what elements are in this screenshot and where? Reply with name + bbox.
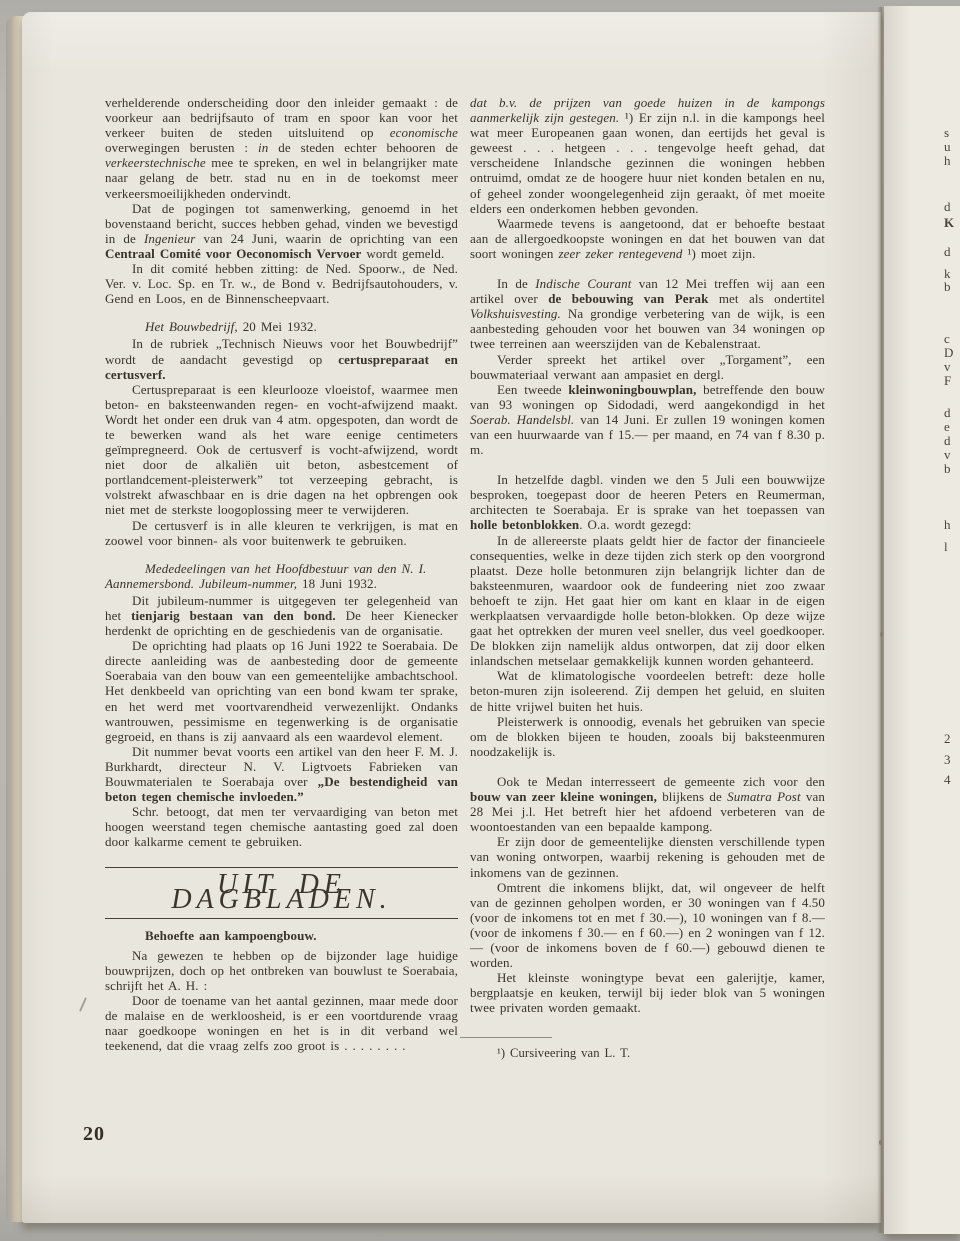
- paragraph: Wat de klimatologische voordeelen betref…: [470, 668, 825, 713]
- section-title: UIT DE DAGBLADEN.: [105, 868, 458, 918]
- cutoff-letter: D: [944, 346, 953, 359]
- cutoff-letter: v: [944, 360, 951, 373]
- pencil-mark: [79, 997, 87, 1012]
- cutoff-letter: e: [944, 420, 950, 433]
- source-heading: Het Bouwbedrijf, 20 Mei 1932.: [105, 319, 458, 334]
- cutoff-letter: 2: [944, 732, 951, 745]
- next-page-sliver: suhdKdkbcDvFdedvbhl234: [884, 6, 960, 1234]
- cutoff-letter: F: [944, 374, 951, 387]
- cutoff-letter: b: [944, 280, 951, 293]
- paragraph: De oprichting had plaats op 16 Juni 1922…: [105, 638, 458, 744]
- section-rule-bottom: [105, 918, 458, 919]
- paragraph: Verder spreekt het artikel over „Torgame…: [470, 352, 825, 382]
- paper-speck: [879, 1140, 882, 1145]
- footnote: ¹) Cursiveering van L. T.: [470, 1037, 825, 1061]
- paragraph: Een tweede kleinwoningbouwplan, betreffe…: [470, 382, 825, 457]
- paragraph: Er zijn door de gemeentelijke diensten v…: [470, 834, 825, 879]
- footnote-text: ¹) Cursiveering van L. T.: [470, 1046, 825, 1061]
- page-number: 20: [83, 1123, 105, 1146]
- paragraph: In de rubriek „Technisch Nieuws voor het…: [105, 336, 458, 381]
- right-column: dat b.v. de prijzen van goede huizen in …: [470, 95, 825, 1062]
- scanned-journal-spread: verhelderende onderscheiding door den in…: [0, 0, 960, 1241]
- paragraph: verhelderende onderscheiding door den in…: [105, 95, 458, 201]
- cutoff-letter: h: [944, 518, 951, 531]
- paragraph: In de allereerste plaats geldt hier de f…: [470, 533, 825, 669]
- cutoff-letter: s: [944, 126, 949, 139]
- cutoff-letter: 3: [944, 753, 951, 766]
- paragraph: Dat de pogingen tot samenwerking, genoem…: [105, 201, 458, 261]
- cutoff-letter: d: [944, 406, 951, 419]
- paragraph: Dit nummer bevat voorts een artikel van …: [105, 744, 458, 804]
- paragraph: Schr. betoogt, dat men ter vervaardiging…: [105, 804, 458, 849]
- paragraph: dat b.v. de prijzen van goede huizen in …: [470, 95, 825, 216]
- paragraph: De certusverf is in alle kleuren te verk…: [105, 518, 458, 548]
- paragraph: Het kleinste woningtype bevat een galeri…: [470, 970, 825, 1015]
- cutoff-letter: b: [944, 462, 951, 475]
- cutoff-letter: 4: [944, 773, 951, 786]
- cutoff-letter: d: [944, 434, 951, 447]
- cutoff-letter: d: [944, 245, 951, 258]
- paragraph: Door de toename van het aantal gezinnen,…: [105, 993, 458, 1053]
- paragraph: Omtrent die inkomens blijkt, dat, wil on…: [470, 880, 825, 971]
- section-heading: UIT DE DAGBLADEN.: [105, 867, 458, 919]
- left-column: verhelderende onderscheiding door den in…: [105, 95, 458, 1053]
- cutoff-letter: c: [944, 332, 950, 345]
- paragraph: In de Indische Courant van 12 Mei treffe…: [470, 276, 825, 351]
- paragraph: Certuspreparaat is een kleurlooze vloeis…: [105, 382, 458, 518]
- paragraph: Ook te Medan interresseert de gemeente z…: [470, 774, 825, 834]
- paragraph: Dit jubileum-nummer is uitgegeven ter ge…: [105, 593, 458, 638]
- paragraph: Waarmede tevens is aangetoond, dat er be…: [470, 216, 825, 261]
- paragraph: In dit comité hebben zitting: de Ned. Sp…: [105, 261, 458, 306]
- paragraph: Na gewezen te hebben op de bijzonder lag…: [105, 948, 458, 993]
- cutoff-letter: d: [944, 200, 951, 213]
- journal-page: verhelderende onderscheiding door den in…: [22, 12, 881, 1223]
- cutoff-letter: u: [944, 140, 951, 153]
- cutoff-letter: h: [944, 154, 951, 167]
- cutoff-letter: l: [944, 540, 948, 553]
- paper-speck: [880, 632, 883, 637]
- footnote-rule: [460, 1037, 552, 1038]
- article-subheading: Behoefte aan kampoengbouw.: [105, 928, 458, 943]
- cutoff-letter: K: [944, 216, 954, 229]
- paragraph: Pleisterwerk is onnoodig, evenals het ge…: [470, 714, 825, 759]
- source-heading: Mededeelingen van het Hoofdbestuur van d…: [105, 561, 458, 591]
- paragraph: In hetzelfde dagbl. vinden we den 5 Juli…: [470, 472, 825, 532]
- cutoff-letter: v: [944, 448, 951, 461]
